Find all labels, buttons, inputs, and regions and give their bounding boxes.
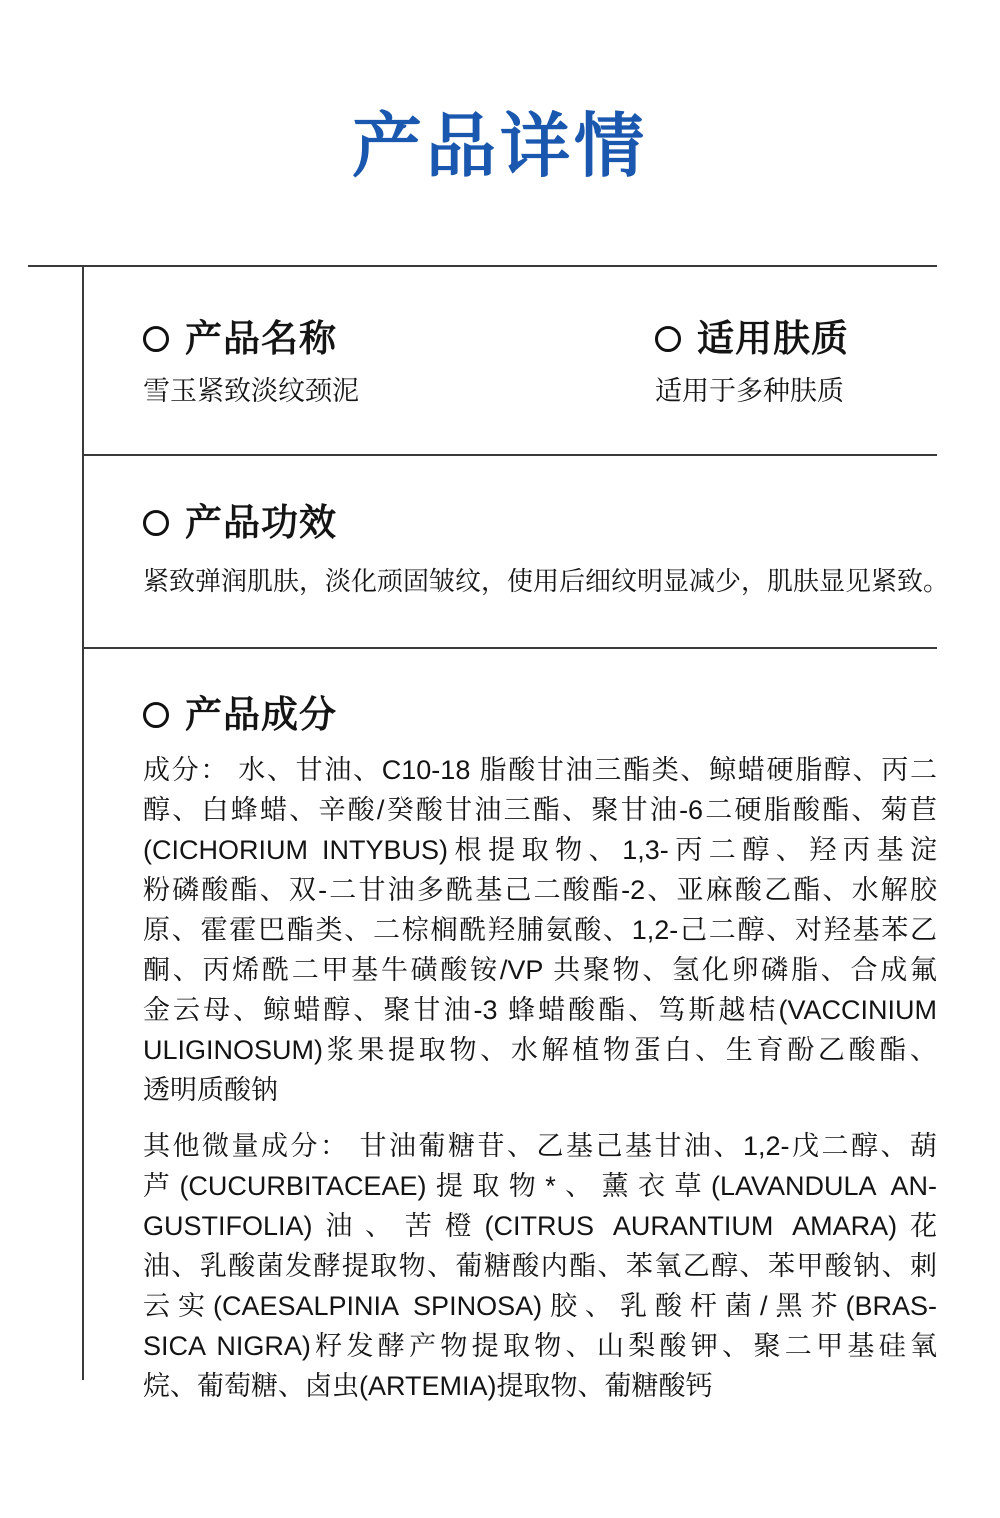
ingredient-line: 金云母、鲸蜡醇、聚甘油-3 蜂蜡酸酯、笃斯越桔(VACCINIUM [143, 990, 937, 1030]
ingredient-line: (CICHORIUM INTYBUS)根提取物、1,3-丙二醇、羟丙基淀 [143, 830, 937, 870]
ingredient-line: 粉磷酸酯、双-二甘油多酰基己二酸酯-2、亚麻酸乙酯、水解胶 [143, 870, 937, 910]
ingredient-line: 烷、葡萄糖、卤虫(ARTEMIA)提取物、葡糖酸钙 [143, 1366, 937, 1406]
skin-type-heading-row: 适用肤质 [655, 316, 955, 362]
section-divider-2 [82, 647, 937, 649]
ingredient-line: 酮、丙烯酰二甲基牛磺酸铵/VP 共聚物、氢化卵磷脂、合成氟 [143, 950, 937, 990]
ingredient-line: SICA NIGRA)籽发酵产物提取物、山梨酸钾、聚二甲基硅氧 [143, 1326, 937, 1366]
ingredient-line: 其他微量成分： 甘油葡糖苷、乙基己基甘油、1,2-戊二醇、葫 [143, 1126, 937, 1166]
ingredient-line: GUSTIFOLIA)油、苦橙(CITRUS AURANTIUM AMARA)花 [143, 1206, 937, 1246]
ingredient-line: 云实(CAESALPINIA SPINOSA)胶、乳酸杆菌/黑芥(BRAS- [143, 1286, 937, 1326]
top-divider-line [28, 265, 937, 267]
ingredient-line: 芦(CUCURBITACEAE)提取物*、薰衣草(LAVANDULA AN- [143, 1166, 937, 1206]
circle-bullet-icon [143, 510, 169, 536]
section-product-name: 产品名称 雪玉紧致淡纹颈泥 [143, 316, 563, 411]
efficacy-value: 紧致弹润肌肤，淡化顽固皱纹，使用后细纹明显减少，肌肤显见紧致。 [143, 561, 937, 601]
left-vertical-line [82, 265, 84, 1380]
circle-bullet-icon [655, 326, 681, 352]
section-efficacy: 产品功效 紧致弹润肌肤，淡化顽固皱纹，使用后细纹明显减少，肌肤显见紧致。 [143, 500, 937, 601]
product-name-value: 雪玉紧致淡纹颈泥 [143, 371, 563, 411]
circle-bullet-icon [143, 326, 169, 352]
product-name-heading: 产品名称 [185, 316, 337, 362]
ingredient-line: 成分： 水、甘油、C10-18 脂酸甘油三酯类、鲸蜡硬脂醇、丙二 [143, 750, 937, 790]
ingredient-line: ULIGINOSUM)浆果提取物、水解植物蛋白、生育酚乙酸酯、 [143, 1030, 937, 1070]
skin-type-heading: 适用肤质 [697, 316, 849, 362]
page-title: 产品详情 [0, 93, 1000, 203]
ingredient-line: 油、乳酸菌发酵提取物、葡糖酸内酯、苯氧乙醇、苯甲酸钠、刺 [143, 1246, 937, 1286]
section-divider-1 [82, 454, 937, 456]
ingredients-trace-paragraph: 其他微量成分： 甘油葡糖苷、乙基己基甘油、1,2-戊二醇、葫芦(CUCURBIT… [143, 1126, 937, 1406]
ingredient-line: 原、霍霍巴酯类、二棕榈酰羟脯氨酸、1,2-己二醇、对羟基苯乙 [143, 910, 937, 950]
section-skin-type: 适用肤质 适用于多种肤质 [655, 316, 955, 411]
efficacy-heading: 产品功效 [185, 500, 337, 546]
ingredients-main-paragraph: 成分： 水、甘油、C10-18 脂酸甘油三酯类、鲸蜡硬脂醇、丙二醇、白蜂蜡、辛酸… [143, 750, 937, 1110]
product-detail-page: 产品详情 产品名称 雪玉紧致淡纹颈泥 适用肤质 适用于多种肤质 产品功效 紧致弹… [0, 0, 1000, 1518]
circle-bullet-icon [143, 702, 169, 728]
section-ingredients: 产品成分 成分： 水、甘油、C10-18 脂酸甘油三酯类、鲸蜡硬脂醇、丙二醇、白… [143, 692, 937, 1406]
efficacy-heading-row: 产品功效 [143, 500, 937, 546]
ingredients-heading: 产品成分 [185, 692, 337, 738]
product-name-heading-row: 产品名称 [143, 316, 563, 362]
skin-type-value: 适用于多种肤质 [655, 371, 955, 411]
ingredients-heading-row: 产品成分 [143, 692, 937, 738]
ingredient-line: 醇、白蜂蜡、辛酸/癸酸甘油三酯、聚甘油-6二硬脂酸酯、菊苣 [143, 790, 937, 830]
ingredient-line: 透明质酸钠 [143, 1070, 937, 1110]
